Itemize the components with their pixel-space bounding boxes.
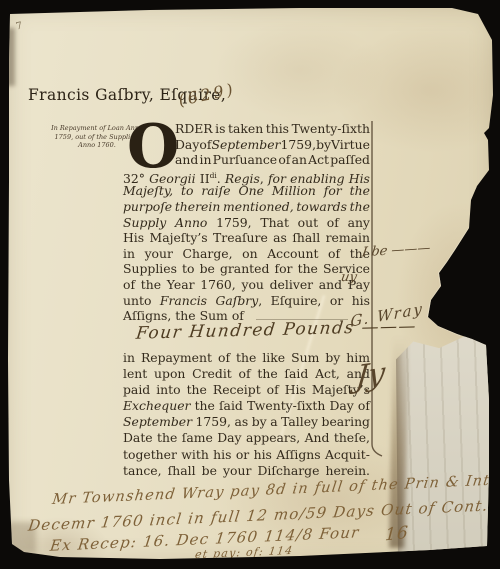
paper-stain	[6, 28, 15, 86]
order-paragraph-lower: inRepaymentofthelikeSumbyhimlentuponCred…	[123, 350, 370, 479]
paragraph-line: andinPurſuanceofanActpaſſed	[123, 152, 370, 168]
paragraph-line: HisMajeſty’sTreaſureasſhallremain	[123, 230, 370, 246]
paragraph-line: inyourCharge,onAccountofthe	[123, 246, 370, 262]
torn-fold-flap	[396, 328, 492, 552]
paragraph-line: ExchequertheſaidTwenty-ſixthDayof	[123, 398, 370, 414]
paragraph-line: 32°GeorgiiIIdi.Regis,forenablingHis	[123, 168, 370, 184]
margin-signature: Jy	[354, 356, 386, 396]
paragraph-line: DatetheſameDayappears,Andtheſe,	[123, 430, 370, 446]
paragraph-line: lentuponCreditoftheſaidAct,and	[123, 366, 370, 382]
corner-mark: 7	[15, 20, 24, 32]
paragraph-line: September1759,asbyaTalleybearing	[123, 414, 370, 430]
paragraph-line: untoFrancisGaſbry,Eſquire,orhis	[123, 293, 370, 309]
paragraph-line: paidintotheReceiptofHisMajeſty’s	[123, 382, 370, 398]
paragraph-line: SupplyAnno1759,Thatoutofany	[123, 215, 370, 231]
doc-number-annotation: (629)	[177, 79, 238, 110]
paragraph-line: Majeſty,toraiſeOneMillionforthe	[123, 183, 370, 199]
paragraph-line: togetherwithhisorhisAſſignsAcquit-	[123, 447, 370, 463]
paragraph-line: inRepaymentofthelikeSumbyhim	[123, 350, 370, 366]
paragraph-line: SuppliestobegrantedfortheService	[123, 261, 370, 277]
footer-annotation-mark: 16	[384, 523, 409, 546]
paragraph-line: tance,ſhallbeyourDiſchargeherein.	[123, 463, 370, 479]
document-paper: 7 Francis Gaſbry, Eſquire, (629) In Repa…	[0, 0, 500, 569]
paragraph-line: DayofSeptember1759,byVirtue	[123, 137, 370, 153]
order-paragraph-upper: RDERistakenthisTwenty-ſixthDayofSeptembe…	[123, 121, 370, 324]
paragraph-line: RDERistakenthisTwenty-ſixth	[123, 121, 370, 137]
margin-ink-mark: I be ———	[361, 241, 431, 261]
photo-background: 7 Francis Gaſbry, Eſquire, (629) In Repa…	[0, 0, 500, 569]
paragraph-line: purpoſethereinmentioned,towardsthe	[123, 199, 370, 215]
margin-ink-mark: uy	[340, 270, 358, 285]
paragraph-line: oftheYear1760,youdeliverandPay	[123, 277, 370, 293]
